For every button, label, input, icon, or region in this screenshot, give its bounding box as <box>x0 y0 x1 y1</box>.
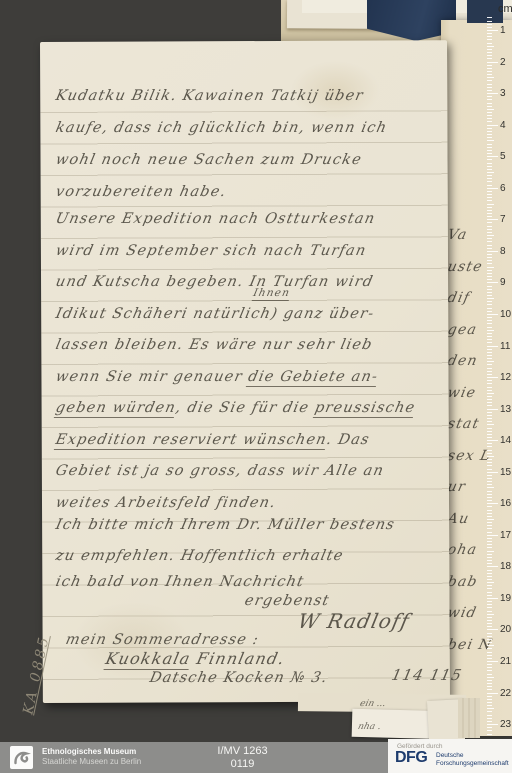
manuscript-page <box>40 40 450 703</box>
funder-name-line2: Forschungsgemeinschaft <box>436 760 509 768</box>
fragment-line: den <box>446 354 479 369</box>
dfg-logo: DFG <box>395 749 427 767</box>
fragment-line: Au <box>446 512 471 527</box>
dfg-funding-panel: Gefördert durch DFG Deutsche Forschungsg… <box>388 739 512 773</box>
fragment-line: bab <box>446 575 479 590</box>
fragment-line: oha <box>446 543 479 558</box>
museum-logo <box>10 746 33 769</box>
page-id: 0119 <box>170 758 315 771</box>
museum-curl-icon <box>10 746 33 769</box>
museum-name: Ethnologisches Museum <box>42 747 141 757</box>
fragment-line: Va <box>446 228 469 243</box>
scrap-scribble: ein ... <box>359 699 387 709</box>
paper-scrap-folded <box>458 698 480 738</box>
fragment-line: uste <box>446 260 484 275</box>
scrap-scribble: nha . <box>357 722 382 732</box>
fragment-line: wie <box>446 386 478 401</box>
funder-name-line1: Deutsche <box>436 752 509 760</box>
museum-subtitle: Staatliche Museen zu Berlin <box>42 757 141 767</box>
document-id-block: I/MV 1263 0119 <box>170 745 315 771</box>
fragment-line: sex L <box>446 449 492 464</box>
neighbor-page-fragments: Vaustedifgeadenwiestatsex LurAuohababwid… <box>441 20 512 720</box>
funder-name: Deutsche Forschungsgemeinschaft <box>436 752 509 767</box>
footer-bar: Ethnologisches Museum Staatliche Museen … <box>0 742 512 773</box>
museum-name-block: Ethnologisches Museum Staatliche Museen … <box>42 747 141 767</box>
ruled-lines <box>40 110 450 693</box>
fragment-line: bei N <box>446 638 494 653</box>
scan-viewer: Vaustedifgeadenwiestatsex LurAuohababwid… <box>0 0 512 773</box>
fragment-line: gea <box>446 323 478 338</box>
fragment-line: dif <box>446 291 472 306</box>
fragment-line: ur <box>446 480 467 495</box>
fragment-line: wid <box>446 606 478 621</box>
document-id: I/MV 1263 <box>170 745 315 758</box>
fragment-line: stat <box>446 417 481 432</box>
